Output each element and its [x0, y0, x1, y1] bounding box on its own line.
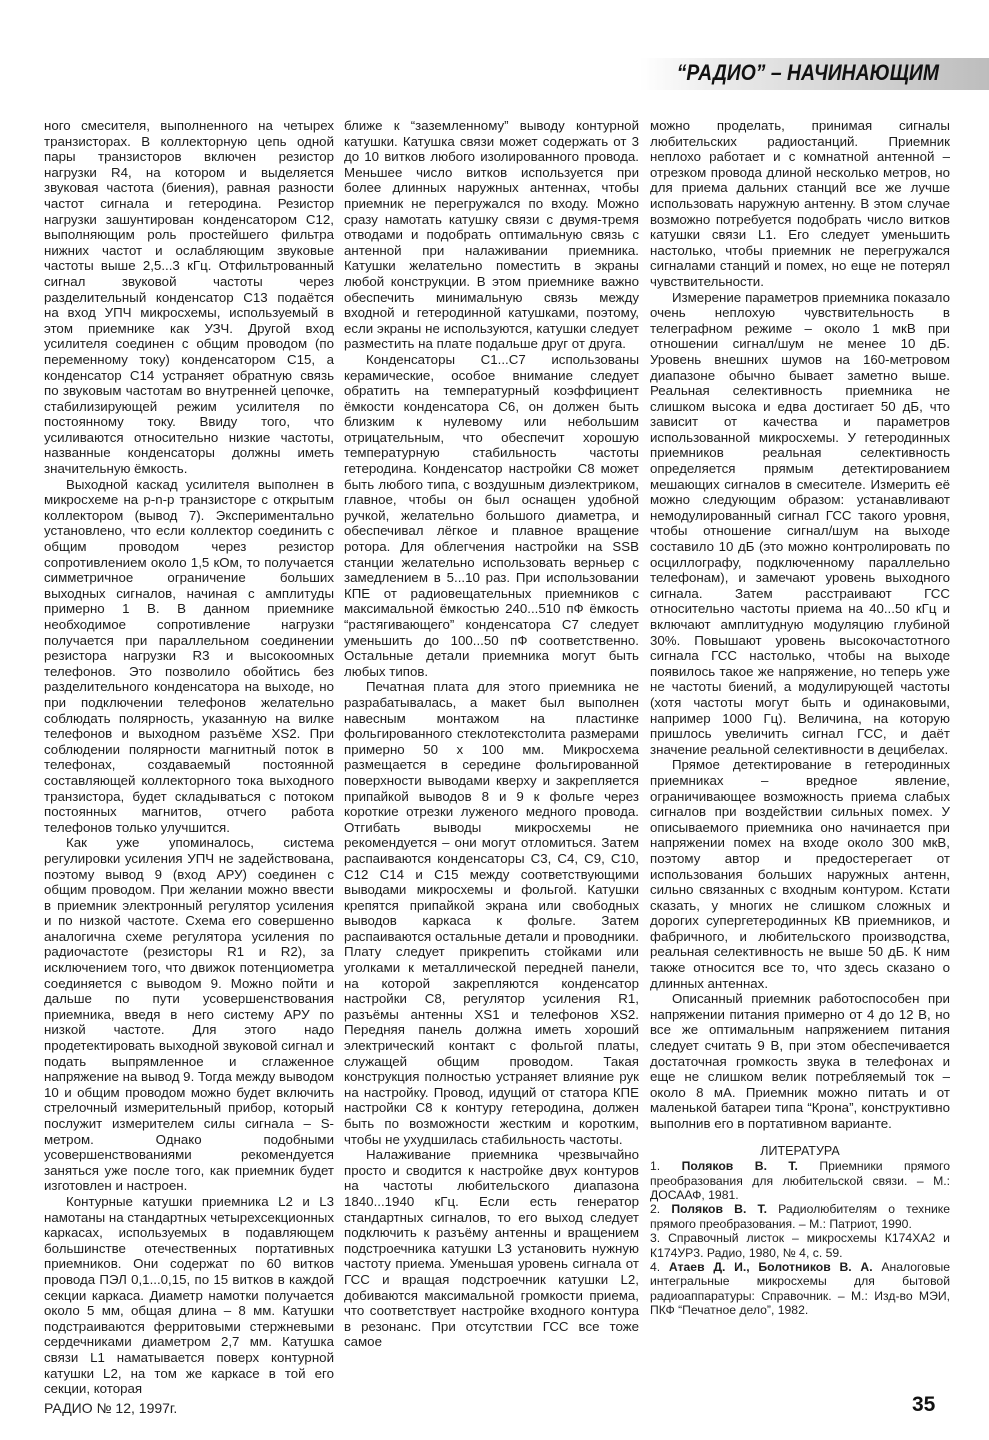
paragraph: Выходной каскад усилителя выполнен в мик… — [44, 477, 334, 836]
paragraph: Прямое детектирование в гетеродинных при… — [650, 757, 950, 991]
paragraph: Измерение параметров приемника показало … — [650, 290, 950, 758]
literature-item: 2. Поляков В. Т. Радиолюбителям о техник… — [650, 1202, 950, 1231]
paragraph: ближе к “заземленному” выводу контурной … — [344, 118, 639, 352]
issue-footer: РАДИО № 12, 1997г. — [44, 1400, 177, 1416]
literature-item-text: Справочный листок – микросхемы К174ХА2 и… — [650, 1231, 950, 1259]
literature-item: 3. Справочный листок – микросхемы К174ХА… — [650, 1231, 950, 1260]
literature-item: 1. Поляков В. Т. Приемники прямого преоб… — [650, 1159, 950, 1202]
literature-item-number: 3. — [650, 1231, 660, 1245]
paragraph: Описанный приемник работоспособен при на… — [650, 991, 950, 1131]
section-header-bar: “РАДИО” – НАЧИНАЮЩИМ — [640, 58, 989, 90]
paragraph: Налаживание приемника чрезвычайно просто… — [344, 1147, 639, 1350]
literature-item-number: 4. — [650, 1260, 660, 1274]
paragraph: можно проделать, принимая сигналы любите… — [650, 118, 950, 290]
paragraph: Как уже упоминалось, система регулировки… — [44, 835, 334, 1194]
paragraph: Контурные катушки приемника L2 и L3 намо… — [44, 1194, 334, 1397]
section-title: “РАДИО” – НАЧИНАЮЩИМ — [677, 60, 939, 86]
literature-heading: ЛИТЕРАТУРА — [650, 1144, 950, 1160]
text-column-2: ближе к “заземленному” выводу контурной … — [344, 118, 639, 1350]
paragraph: ного смесителя, выполненного на четырех … — [44, 118, 334, 477]
page-number: 35 — [912, 1393, 935, 1417]
literature-item-number: 1. — [650, 1159, 660, 1173]
text-column-1: ного смесителя, выполненного на четырех … — [44, 118, 334, 1397]
literature-item-number: 2. — [650, 1202, 660, 1216]
paragraph: Конденсаторы С1...С7 использованы керами… — [344, 352, 639, 679]
paragraph: Печатная плата для этого приемника не ра… — [344, 679, 639, 1147]
literature-item-authors: Поляков В. Т. — [682, 1159, 798, 1173]
text-column-3: можно проделать, принимая сигналы любите… — [650, 118, 950, 1318]
literature-item-authors: Поляков В. Т. — [671, 1202, 767, 1216]
literature-item: 4. Атаев Д. И., Болотников В. А. Аналого… — [650, 1260, 950, 1318]
literature-item-authors: Атаев Д. И., Болотников В. А. — [669, 1260, 873, 1274]
